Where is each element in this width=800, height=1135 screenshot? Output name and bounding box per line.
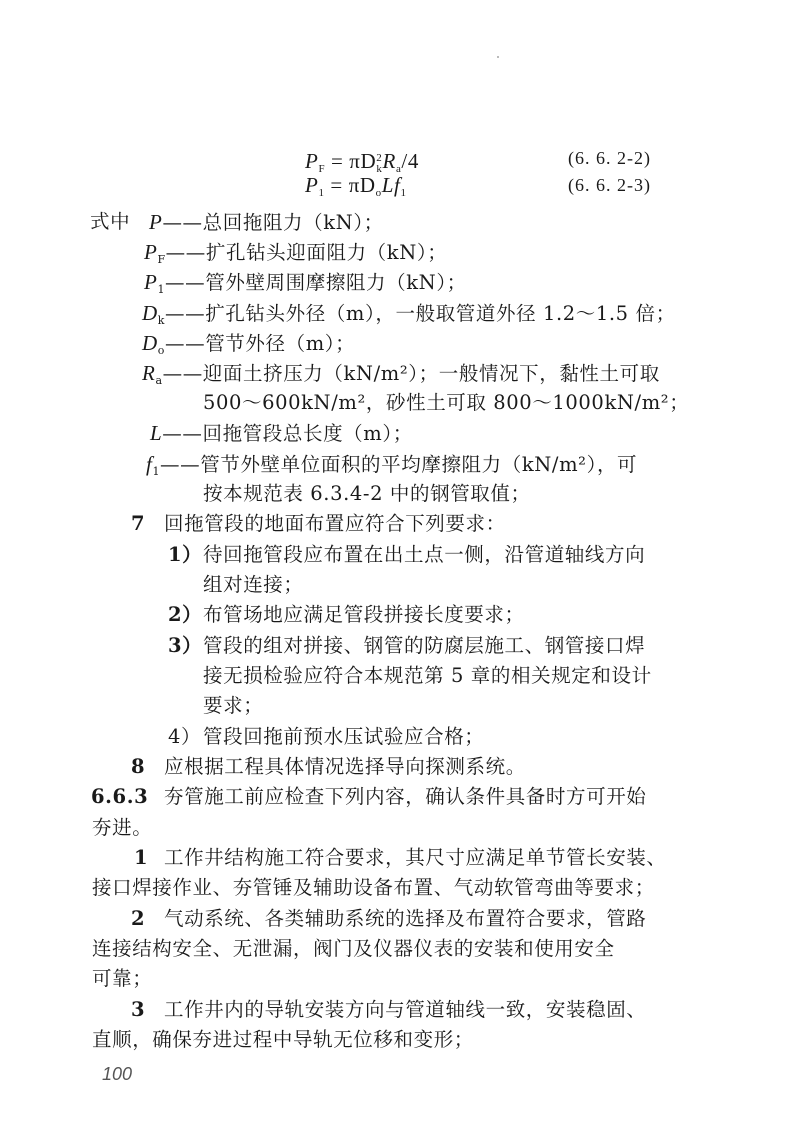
item-text-continued: 直顺，确保夯进过程中导轨无位移和变形； — [92, 1028, 474, 1052]
subitem-number: 4） — [168, 725, 201, 749]
item-number: 7 — [131, 512, 145, 536]
definition-Ra-continued: 500～600kN/m²，砂性土可取 800～1000kN/m²； — [203, 391, 689, 415]
equation-number: (6. 6. 2-3) — [568, 175, 651, 196]
section-text: 夯管施工前应检查下列内容，确认条件具备时方可开始 — [164, 785, 646, 809]
section-text-continued: 夯进。 — [92, 816, 152, 840]
item-7-text: 回拖管段的地面布置应符合下列要求： — [164, 512, 506, 536]
subitem-text-continued: 要求； — [203, 694, 263, 718]
subitem-text-continued: 组对连接； — [203, 573, 304, 597]
subitem-text: 管段的组对拼接、钢管的防腐层施工、钢管接口焊 — [203, 634, 645, 658]
definition-f1-continued: 按本规范表 6.3.4-2 中的钢管取值； — [203, 482, 531, 506]
definition-PF: PF——扩孔钻头迎面阻力（kN）； — [144, 240, 447, 272]
where-label: 式中 — [90, 210, 130, 234]
subitem-text: 管段回拖前预水压试验应合格； — [203, 725, 484, 749]
definition-P1: P1——管外壁周围摩擦阻力（kN）； — [144, 270, 467, 302]
section-number: 6.6.3 — [91, 785, 148, 809]
definition-f1: f1——管节外壁单位面积的平均摩擦阻力（kN/m²），可 — [146, 452, 637, 484]
item-text-continued: 接口焊接作业、夯管锤及辅助设备布置、气动软管弯曲等要求； — [92, 876, 655, 900]
definition-Dk: Dk——扩孔钻头外径（m），一般取管道外径 1.2～1.5 倍； — [142, 301, 676, 333]
definition-L: L——回拖管段总长度（m）； — [150, 421, 413, 446]
item-8-text: 应根据工程具体情况选择导向探测系统。 — [164, 755, 526, 779]
page-number: 100 — [102, 1064, 132, 1085]
item-text-continued: 可靠； — [92, 967, 152, 991]
item-text: 工作井结构施工符合要求，其尺寸应满足单节管长安装、 — [164, 846, 667, 870]
subitem-text-continued: 接无损检验应符合本规范第 5 章的相关规定和设计 — [203, 664, 652, 688]
subitem-number: 1） — [168, 543, 202, 567]
subitem-number: 3） — [168, 634, 202, 658]
subitem-text: 布管场地应满足管段拼接长度要求； — [203, 603, 525, 627]
item-text-continued: 连接结构安全、无泄漏，阀门及仪器仪表的安装和使用安全 — [92, 937, 615, 961]
item-text: 工作井内的导轨安装方向与管道轴线一致，安装稳固、 — [164, 998, 646, 1022]
subitem-text: 待回拖管段应布置在出土点一侧，沿管道轴线方向 — [203, 543, 645, 567]
item-number: 3 — [131, 998, 145, 1022]
definition-Ra: Ra——迎面土挤压力（kN/m²）；一般情况下，黏性土可取 — [142, 361, 660, 393]
equation-number: (6. 6. 2-2) — [568, 148, 651, 169]
equation-6-6-2-3: P1 = πDoLf1 — [305, 173, 407, 205]
item-text: 气动系统、各类辅助系统的选择及布置符合要求，管路 — [164, 907, 646, 931]
item-number: 2 — [131, 907, 145, 931]
item-number: 8 — [131, 755, 145, 779]
definition-P: P——总回拖阻力（kN）； — [149, 210, 384, 235]
definition-Do: Do——管节外径（m）； — [142, 331, 355, 363]
subitem-number: 2） — [168, 603, 202, 627]
item-number: 1 — [134, 846, 148, 870]
scan-speck — [497, 56, 499, 58]
